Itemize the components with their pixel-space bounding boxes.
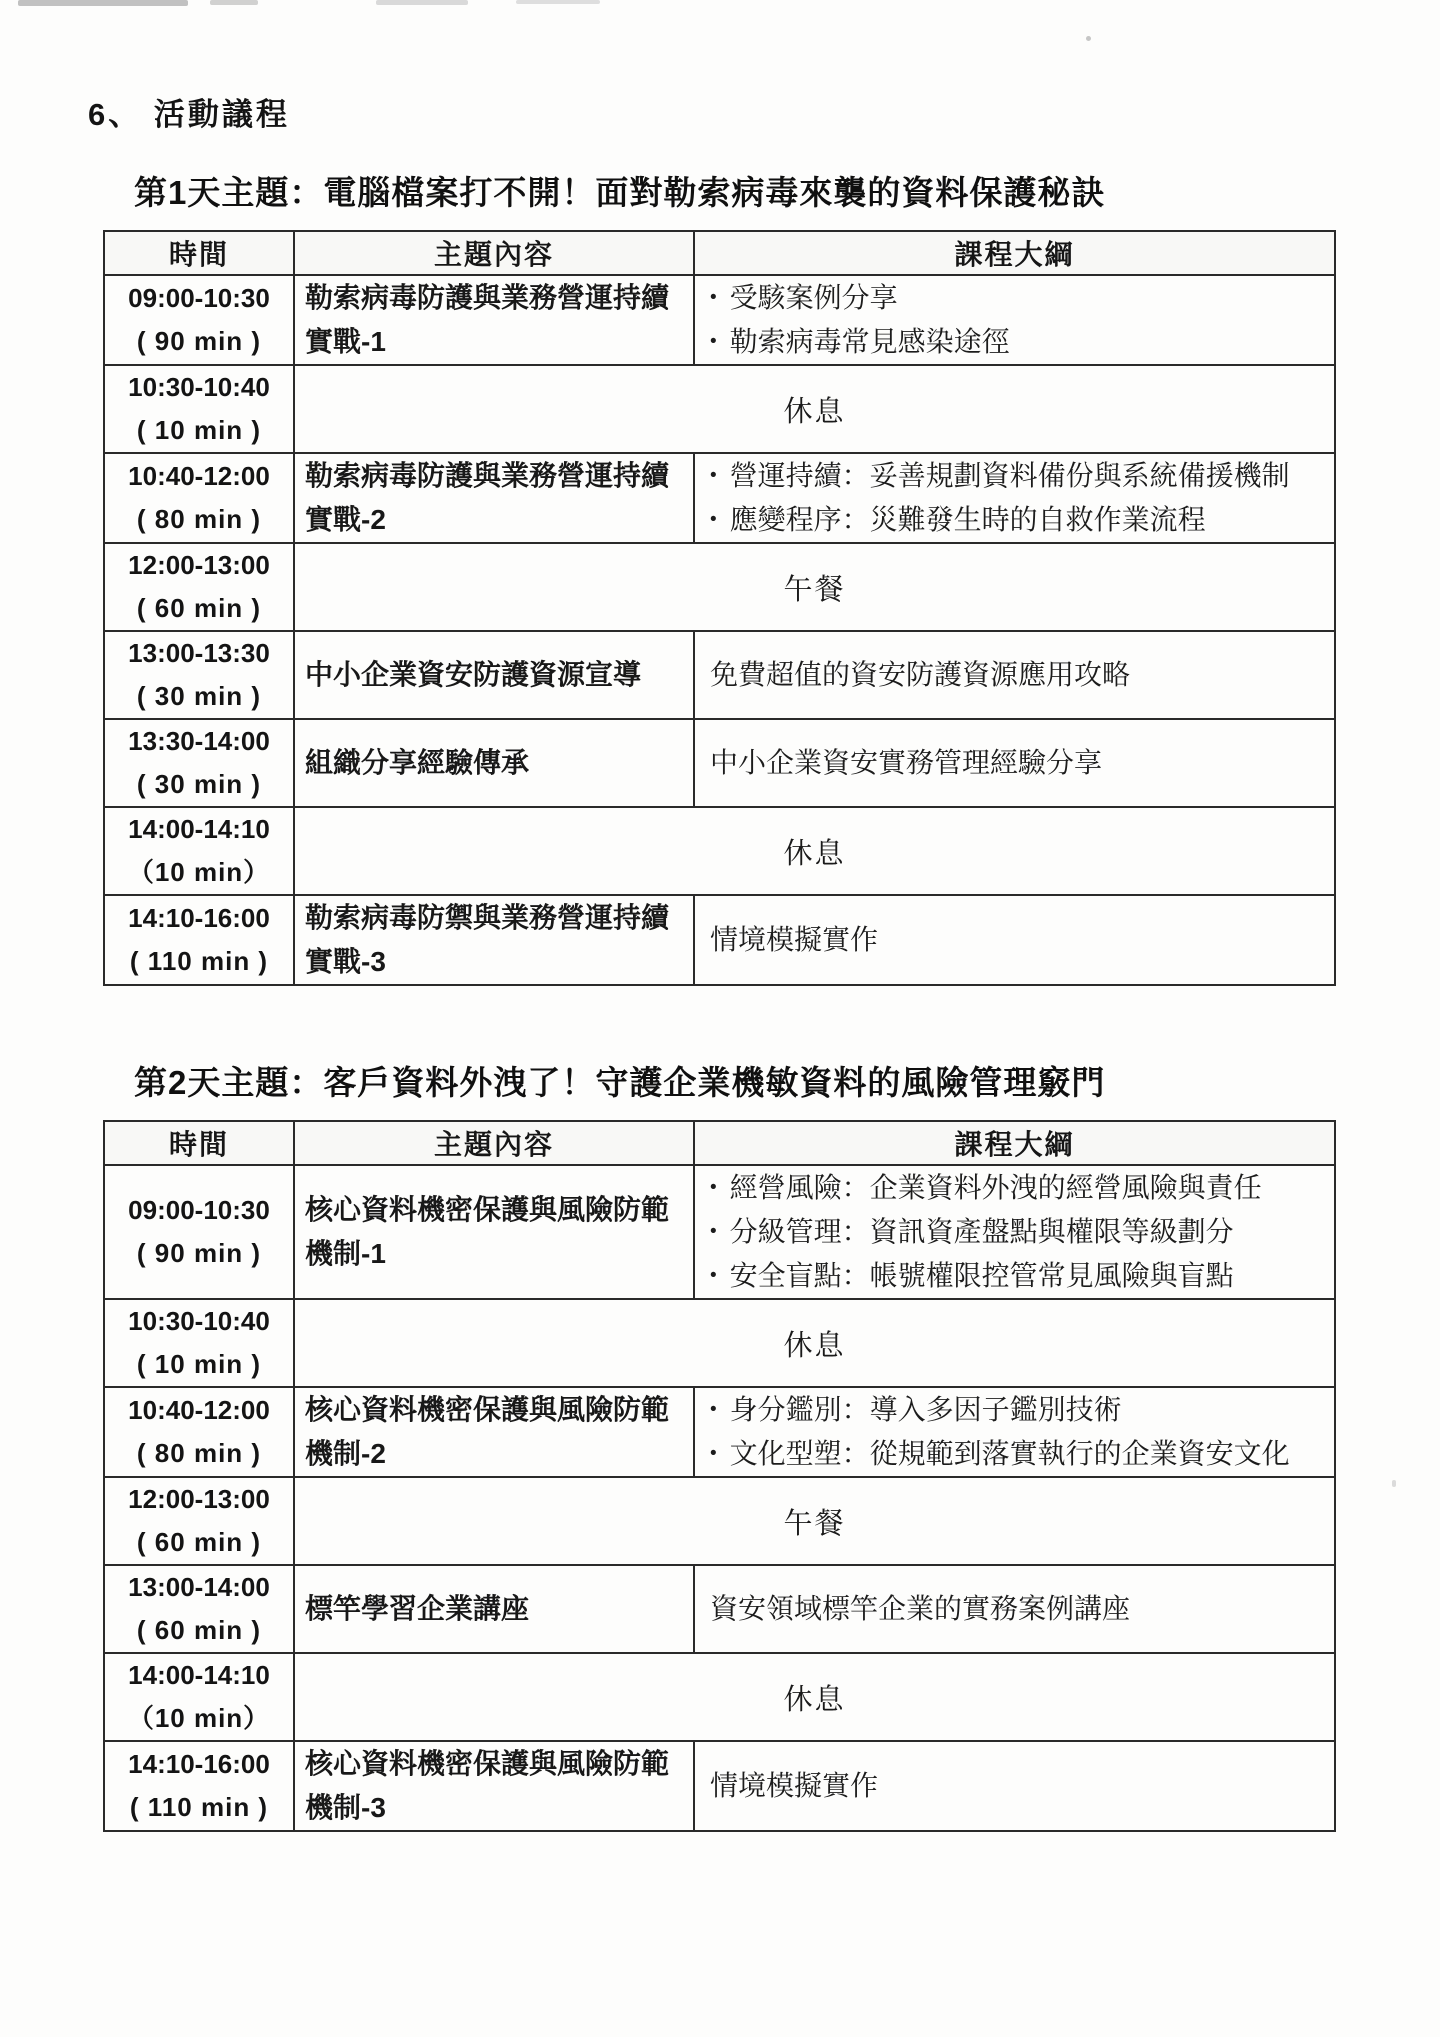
bullet-text: 分級管理：資訊資產盤點與權限等級劃分 — [730, 1216, 1234, 1247]
topic-line: 實戰-1 — [305, 320, 687, 364]
header-row: 時間主題內容課程大綱 — [104, 231, 1335, 275]
time-cell: 10:30-10:40( 10 min ) — [104, 365, 294, 453]
time-duration: ( 60 min ) — [105, 1521, 293, 1564]
scan-artifact — [210, 0, 258, 5]
outline-cell: 情境模擬實作 — [694, 1741, 1335, 1831]
column-header: 主題內容 — [294, 231, 694, 275]
outline-text: 中小企業資安實務管理經驗分享 — [710, 741, 1330, 785]
bullet-icon: • — [710, 1210, 717, 1254]
schedule-row: 10:40-12:00( 80 min )核心資料機密保護與風險防範機制-2•身… — [104, 1387, 1335, 1477]
topic-line: 核心資料機密保護與風險防範 — [305, 1742, 687, 1786]
schedule-row: 12:00-13:00( 60 min )午餐 — [104, 543, 1335, 631]
day-1-title: 第1天主題：電腦檔案打不開！面對勒索病毒來襲的資料保護秘訣 — [134, 172, 1440, 214]
topic-line: 標竿學習企業講座 — [305, 1587, 687, 1631]
outline-bullet-item: •應變程序：災難發生時的自救作業流程 — [710, 498, 1330, 542]
time-range: 10:40-12:00 — [105, 455, 293, 498]
outline-text: 資安領域標竿企業的實務案例講座 — [710, 1587, 1330, 1631]
column-header: 主題內容 — [294, 1121, 694, 1165]
time-cell: 09:00-10:30( 90 min ) — [104, 275, 294, 365]
outline-bullet-item: •文化型塑：從規範到落實執行的企業資安文化 — [710, 1432, 1330, 1476]
topic-cell: 勒索病毒防禦與業務營運持續實戰-3 — [294, 895, 694, 985]
topic-line: 勒索病毒防護與業務營運持續 — [305, 276, 687, 320]
topic-line: 機制-3 — [305, 1786, 687, 1830]
time-duration: ( 90 min ) — [105, 320, 293, 363]
topic-line: 勒索病毒防禦與業務營運持續 — [305, 896, 687, 940]
scan-speck — [1086, 36, 1091, 41]
time-duration: ( 110 min ) — [105, 940, 293, 983]
outline-cell: 免費超值的資安防護資源應用攻略 — [694, 631, 1335, 719]
column-header: 課程大綱 — [694, 231, 1335, 275]
break-cell: 午餐 — [294, 1477, 1335, 1565]
time-cell: 10:40-12:00( 80 min ) — [104, 453, 294, 543]
bullet-icon: • — [710, 1254, 717, 1298]
outline-cell: •營運持續：妥善規劃資料備份與系統備援機制•應變程序：災難發生時的自救作業流程 — [694, 453, 1335, 543]
time-range: 10:30-10:40 — [105, 366, 293, 409]
time-cell: 09:00-10:30( 90 min ) — [104, 1165, 294, 1299]
time-range: 13:00-13:30 — [105, 632, 293, 675]
schedule-row: 14:00-14:10（10 min）休息 — [104, 807, 1335, 895]
schedule-row: 09:00-10:30( 90 min )核心資料機密保護與風險防範機制-1•經… — [104, 1165, 1335, 1299]
time-range: 09:00-10:30 — [105, 277, 293, 320]
topic-line: 實戰-3 — [305, 940, 687, 984]
break-cell: 休息 — [294, 807, 1335, 895]
outline-bullet-item: •安全盲點：帳號權限控管常見風險與盲點 — [710, 1254, 1330, 1298]
time-duration: （10 min） — [105, 851, 293, 894]
schedule-row: 13:30-14:00( 30 min )組織分享經驗傳承中小企業資安實務管理經… — [104, 719, 1335, 807]
time-cell: 14:10-16:00( 110 min ) — [104, 1741, 294, 1831]
topic-cell: 核心資料機密保護與風險防範機制-1 — [294, 1165, 694, 1299]
topic-line: 中小企業資安防護資源宣導 — [305, 653, 687, 697]
time-range: 12:00-13:00 — [105, 544, 293, 587]
time-duration: ( 30 min ) — [105, 675, 293, 718]
topic-line: 機制-1 — [305, 1232, 687, 1276]
schedule-row: 10:40-12:00( 80 min )勒索病毒防護與業務營運持續實戰-2•營… — [104, 453, 1335, 543]
topic-line: 核心資料機密保護與風險防範 — [305, 1188, 687, 1232]
time-range: 13:30-14:00 — [105, 720, 293, 763]
time-cell: 10:40-12:00( 80 min ) — [104, 1387, 294, 1477]
topic-cell: 標竿學習企業講座 — [294, 1565, 694, 1653]
bullet-icon: • — [710, 1432, 717, 1476]
schedule-row: 13:00-13:30( 30 min )中小企業資安防護資源宣導免費超值的資安… — [104, 631, 1335, 719]
time-duration: ( 10 min ) — [105, 409, 293, 452]
time-duration: ( 60 min ) — [105, 587, 293, 630]
break-cell: 休息 — [294, 365, 1335, 453]
time-range: 12:00-13:00 — [105, 1478, 293, 1521]
outline-bullet-item: •經營風險：企業資料外洩的經營風險與責任 — [710, 1166, 1330, 1210]
outline-cell: •經營風險：企業資料外洩的經營風險與責任•分級管理：資訊資產盤點與權限等級劃分•… — [694, 1165, 1335, 1299]
day-2-title: 第2天主題：客戶資料外洩了！守護企業機敏資料的風險管理竅門 — [134, 1062, 1440, 1104]
time-cell: 14:00-14:10（10 min） — [104, 807, 294, 895]
topic-cell: 勒索病毒防護與業務營運持續實戰-2 — [294, 453, 694, 543]
break-cell: 休息 — [294, 1299, 1335, 1387]
topic-line: 勒索病毒防護與業務營運持續 — [305, 454, 687, 498]
time-range: 09:00-10:30 — [105, 1189, 293, 1232]
topic-cell: 勒索病毒防護與業務營運持續實戰-1 — [294, 275, 694, 365]
topic-cell: 中小企業資安防護資源宣導 — [294, 631, 694, 719]
outline-cell: 資安領域標竿企業的實務案例講座 — [694, 1565, 1335, 1653]
time-duration: ( 30 min ) — [105, 763, 293, 806]
topic-cell: 核心資料機密保護與風險防範機制-3 — [294, 1741, 694, 1831]
column-header: 時間 — [104, 1121, 294, 1165]
topic-line: 核心資料機密保護與風險防範 — [305, 1388, 687, 1432]
time-range: 10:30-10:40 — [105, 1300, 293, 1343]
scan-artifact — [376, 0, 468, 5]
bullet-icon: • — [710, 1388, 717, 1432]
topic-line: 機制-2 — [305, 1432, 687, 1476]
column-header: 課程大綱 — [694, 1121, 1335, 1165]
time-range: 14:10-16:00 — [105, 897, 293, 940]
bullet-text: 受駭案例分享 — [730, 282, 898, 313]
topic-cell: 核心資料機密保護與風險防範機制-2 — [294, 1387, 694, 1477]
outline-cell: •受駭案例分享•勒索病毒常見感染途徑 — [694, 275, 1335, 365]
bullet-icon: • — [710, 498, 717, 542]
bullet-text: 經營風險：企業資料外洩的經營風險與責任 — [730, 1172, 1262, 1203]
outline-bullet-item: •受駭案例分享 — [710, 276, 1330, 320]
time-duration: ( 80 min ) — [105, 498, 293, 541]
time-duration: （10 min） — [105, 1697, 293, 1740]
outline-cell: •身分鑑別：導入多因子鑑別技術•文化型塑：從規範到落實執行的企業資安文化 — [694, 1387, 1335, 1477]
outline-text: 情境模擬實作 — [710, 918, 1330, 962]
bullet-icon: • — [710, 276, 717, 320]
scan-artifact — [516, 0, 600, 4]
outline-bullet-item: •身分鑑別：導入多因子鑑別技術 — [710, 1388, 1330, 1432]
outline-bullet-item: •營運持續：妥善規劃資料備份與系統備援機制 — [710, 454, 1330, 498]
day-2-block: 第2天主題：客戶資料外洩了！守護企業機敏資料的風險管理竅門 時間主題內容課程大綱… — [0, 1062, 1440, 1832]
time-cell: 12:00-13:00( 60 min ) — [104, 543, 294, 631]
section-heading: 6、 活動議程 — [88, 96, 1440, 134]
scan-artifact — [18, 0, 188, 6]
time-range: 14:00-14:10 — [105, 1654, 293, 1697]
schedule-row: 10:30-10:40( 10 min )休息 — [104, 365, 1335, 453]
time-duration: ( 90 min ) — [105, 1232, 293, 1275]
time-duration: ( 110 min ) — [105, 1786, 293, 1829]
time-range: 14:10-16:00 — [105, 1743, 293, 1786]
time-cell: 10:30-10:40( 10 min ) — [104, 1299, 294, 1387]
time-cell: 13:00-14:00( 60 min ) — [104, 1565, 294, 1653]
schedule-row: 09:00-10:30( 90 min )勒索病毒防護與業務營運持續實戰-1•受… — [104, 275, 1335, 365]
time-cell: 14:10-16:00( 110 min ) — [104, 895, 294, 985]
bullet-text: 身分鑑別：導入多因子鑑別技術 — [730, 1394, 1122, 1425]
topic-line: 實戰-2 — [305, 498, 687, 542]
column-header: 時間 — [104, 231, 294, 275]
time-range: 10:40-12:00 — [105, 1389, 293, 1432]
schedule-row: 12:00-13:00( 60 min )午餐 — [104, 1477, 1335, 1565]
outline-cell: 情境模擬實作 — [694, 895, 1335, 985]
bullet-text: 勒索病毒常見感染途徑 — [730, 326, 1010, 357]
schedule-row: 10:30-10:40( 10 min )休息 — [104, 1299, 1335, 1387]
outline-bullet-item: •勒索病毒常見感染途徑 — [710, 320, 1330, 364]
topic-cell: 組織分享經驗傳承 — [294, 719, 694, 807]
time-cell: 13:30-14:00( 30 min ) — [104, 719, 294, 807]
time-duration: ( 80 min ) — [105, 1432, 293, 1475]
outline-cell: 中小企業資安實務管理經驗分享 — [694, 719, 1335, 807]
time-duration: ( 60 min ) — [105, 1609, 293, 1652]
bullet-text: 文化型塑：從規範到落實執行的企業資安文化 — [730, 1438, 1290, 1469]
day-1-schedule-table: 時間主題內容課程大綱 09:00-10:30( 90 min )勒索病毒防護與業… — [103, 230, 1336, 986]
schedule-row: 14:00-14:10（10 min）休息 — [104, 1653, 1335, 1741]
outline-text: 情境模擬實作 — [710, 1764, 1330, 1808]
outline-bullet-item: •分級管理：資訊資產盤點與權限等級劃分 — [710, 1210, 1330, 1254]
time-duration: ( 10 min ) — [105, 1343, 293, 1386]
time-range: 13:00-14:00 — [105, 1566, 293, 1609]
bullet-icon: • — [710, 320, 717, 364]
time-cell: 14:00-14:10（10 min） — [104, 1653, 294, 1741]
time-range: 14:00-14:10 — [105, 808, 293, 851]
header-row: 時間主題內容課程大綱 — [104, 1121, 1335, 1165]
outline-text: 免費超值的資安防護資源應用攻略 — [710, 653, 1330, 697]
day-2-schedule-table: 時間主題內容課程大綱 09:00-10:30( 90 min )核心資料機密保護… — [103, 1120, 1336, 1832]
bullet-text: 安全盲點：帳號權限控管常見風險與盲點 — [730, 1260, 1234, 1291]
break-cell: 休息 — [294, 1653, 1335, 1741]
bullet-icon: • — [710, 454, 717, 498]
schedule-row: 13:00-14:00( 60 min )標竿學習企業講座資安領域標竿企業的實務… — [104, 1565, 1335, 1653]
bullet-icon: • — [710, 1166, 717, 1210]
bullet-text: 營運持續：妥善規劃資料備份與系統備援機制 — [730, 460, 1290, 491]
break-cell: 午餐 — [294, 543, 1335, 631]
scanned-agenda-page: 6、 活動議程 第1天主題：電腦檔案打不開！面對勒索病毒來襲的資料保護秘訣 時間… — [0, 96, 1440, 1832]
time-cell: 12:00-13:00( 60 min ) — [104, 1477, 294, 1565]
bullet-text: 應變程序：災難發生時的自救作業流程 — [730, 504, 1206, 535]
schedule-row: 14:10-16:00( 110 min )勒索病毒防禦與業務營運持續實戰-3情… — [104, 895, 1335, 985]
time-cell: 13:00-13:30( 30 min ) — [104, 631, 294, 719]
day-1-block: 第1天主題：電腦檔案打不開！面對勒索病毒來襲的資料保護秘訣 時間主題內容課程大綱… — [0, 172, 1440, 986]
schedule-row: 14:10-16:00( 110 min )核心資料機密保護與風險防範機制-3情… — [104, 1741, 1335, 1831]
topic-line: 組織分享經驗傳承 — [305, 741, 687, 785]
